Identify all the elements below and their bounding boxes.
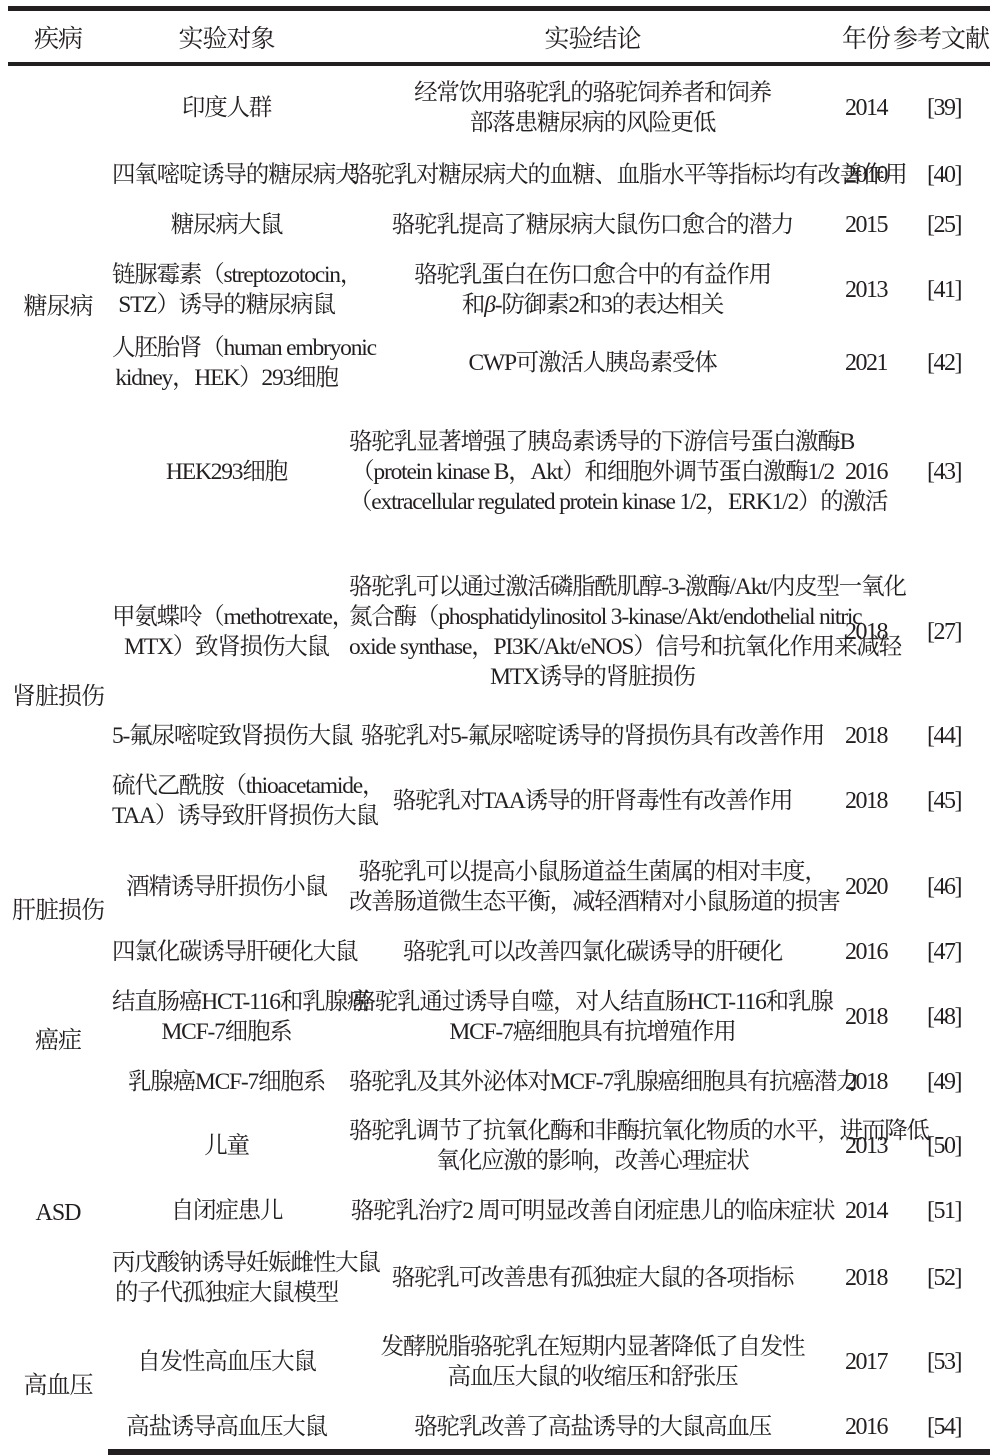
subject-cell: 甲氨蝶呤（methotrexate，MTX）致肾损伤大鼠	[108, 548, 345, 716]
subject-cell: 人胚胎肾（human embryonickidney，HEK）293细胞	[108, 330, 345, 396]
conclusion-cell: 骆驼乳及其外泌体对MCF-7乳腺癌细胞具有抗癌潜力	[345, 1058, 840, 1106]
subject-line: 四氯化碳诱导肝硬化大鼠	[112, 937, 341, 967]
conclusion-cell: 骆驼乳可以提高小鼠肠道益生菌属的相对丰度，改善肠道微生态平衡，减轻酒精对小鼠肠道…	[345, 846, 840, 928]
table-body: 糖尿病印度人群经常饮用骆驼乳的骆驼饲养者和饲养部落患糖尿病的风险更低2014[3…	[8, 64, 990, 1424]
year-cell: 2016	[840, 396, 892, 548]
subject-line: 自发性高血压大鼠	[112, 1347, 341, 1377]
conclusion-cell: 骆驼乳对TAA诱导的肝肾毒性有改善作用	[345, 756, 840, 846]
header-conclusion: 实验结论	[345, 9, 840, 65]
subject-line: 甲氨蝶呤（methotrexate，	[112, 602, 341, 632]
reference-cell: [52]	[892, 1236, 990, 1320]
reference-cell: [25]	[892, 200, 990, 250]
year-cell: 2016	[840, 1404, 892, 1424]
disease-cell: 糖尿病	[8, 64, 108, 548]
subject-cell: 糖尿病大鼠	[108, 200, 345, 250]
subject-line: TAA）诱导致肝肾损伤大鼠	[112, 801, 341, 831]
conclusion-line: 骆驼乳通过诱导自噬，对人结直肠HCT-116和乳腺	[349, 987, 836, 1017]
conclusion-cell: 骆驼乳治疗2 周可明显改善自闭症患儿的临床症状	[345, 1186, 840, 1236]
subject-line: MCF-7细胞系	[112, 1017, 341, 1047]
table-row: 乳腺癌MCF-7细胞系骆驼乳及其外泌体对MCF-7乳腺癌细胞具有抗癌潜力2018…	[8, 1058, 990, 1106]
conclusion-cell: 骆驼乳可以改善四氯化碳诱导的肝硬化	[345, 928, 840, 976]
conclusion-cell: 骆驼乳可改善患有孤独症大鼠的各项指标	[345, 1236, 840, 1320]
subject-cell: 结直肠癌HCT-116和乳腺癌MCF-7细胞系	[108, 976, 345, 1058]
header-disease: 疾病	[8, 9, 108, 65]
conclusion-line: 骆驼乳可改善患有孤独症大鼠的各项指标	[349, 1263, 836, 1293]
subject-cell: 酒精诱导肝损伤小鼠	[108, 846, 345, 928]
reference-cell: [45]	[892, 756, 990, 846]
conclusion-cell: 骆驼乳蛋白在伤口愈合中的有益作用和β-防御素2和3的表达相关	[345, 250, 840, 330]
year-cell: 2010	[840, 150, 892, 200]
year-cell: 2015	[840, 200, 892, 250]
subject-line: kidney，HEK）293细胞	[112, 363, 341, 393]
subject-line: 5-氟尿嘧啶致肾损伤大鼠	[112, 721, 341, 751]
subject-line: 印度人群	[112, 93, 341, 123]
reference-cell: [44]	[892, 716, 990, 756]
reference-cell: [53]	[892, 1320, 990, 1404]
year-cell: 2018	[840, 756, 892, 846]
subject-line: 酒精诱导肝损伤小鼠	[112, 872, 341, 902]
year-cell: 2017	[840, 1320, 892, 1404]
conclusion-line: 骆驼乳显著增强了胰岛素诱导的下游信号蛋白激酶B	[349, 427, 836, 457]
disease-cell: 癌症	[8, 976, 108, 1106]
table-row: 肾脏损伤甲氨蝶呤（methotrexate，MTX）致肾损伤大鼠骆驼乳可以通过激…	[8, 548, 990, 716]
subject-line: STZ）诱导的糖尿病鼠	[112, 290, 341, 320]
header-reference: 参考文献	[892, 9, 990, 65]
conclusion-cell: 骆驼乳对5-氟尿嘧啶诱导的肾损伤具有改善作用	[345, 716, 840, 756]
camel-milk-studies-table-container: 疾病 实验对象 实验结论 年份 参考文献 糖尿病印度人群经常饮用骆驼乳的骆驼饲养…	[8, 6, 990, 1424]
subject-cell: 四氧嘧啶诱导的糖尿病犬	[108, 150, 345, 200]
subject-cell: HEK293细胞	[108, 396, 345, 548]
subject-line: 的子代孤独症大鼠模型	[112, 1278, 341, 1308]
conclusion-line: 改善肠道微生态平衡，减轻酒精对小鼠肠道的损害	[349, 887, 836, 917]
camel-milk-studies-table: 疾病 实验对象 实验结论 年份 参考文献 糖尿病印度人群经常饮用骆驼乳的骆驼饲养…	[8, 6, 990, 1424]
subject-cell: 高盐诱导高血压大鼠	[108, 1404, 345, 1424]
conclusion-line: 骆驼乳调节了抗氧化酶和非酶抗氧化物质的水平，进而降低	[349, 1116, 836, 1146]
year-cell: 2020	[840, 846, 892, 928]
reference-cell: [43]	[892, 396, 990, 548]
table-row: 人胚胎肾（human embryonickidney，HEK）293细胞CWP可…	[8, 330, 990, 396]
conclusion-line: 氧化应激的影响，改善心理症状	[349, 1146, 836, 1176]
table-row: 5-氟尿嘧啶致肾损伤大鼠骆驼乳对5-氟尿嘧啶诱导的肾损伤具有改善作用2018[4…	[8, 716, 990, 756]
conclusion-line: 骆驼乳对5-氟尿嘧啶诱导的肾损伤具有改善作用	[349, 721, 836, 751]
reference-cell: [41]	[892, 250, 990, 330]
table-row: 癌症结直肠癌HCT-116和乳腺癌MCF-7细胞系骆驼乳通过诱导自噬，对人结直肠…	[8, 976, 990, 1058]
reference-cell: [39]	[892, 64, 990, 150]
reference-cell: [48]	[892, 976, 990, 1058]
subject-line: 四氧嘧啶诱导的糖尿病犬	[112, 160, 341, 190]
year-cell: 2016	[840, 928, 892, 976]
conclusion-cell: 骆驼乳通过诱导自噬，对人结直肠HCT-116和乳腺MCF-7癌细胞具有抗增殖作用	[345, 976, 840, 1058]
subject-line: MTX）致肾损伤大鼠	[112, 632, 341, 662]
conclusion-cell: 骆驼乳提高了糖尿病大鼠伤口愈合的潜力	[345, 200, 840, 250]
table-row: 糖尿病印度人群经常饮用骆驼乳的骆驼饲养者和饲养部落患糖尿病的风险更低2014[3…	[8, 64, 990, 150]
year-cell: 2018	[840, 1058, 892, 1106]
year-cell: 2018	[840, 976, 892, 1058]
table-row: 高血压自发性高血压大鼠发酵脱脂骆驼乳在短期内显著降低了自发性高血压大鼠的收缩压和…	[8, 1320, 990, 1404]
conclusion-line: 骆驼乳可以提高小鼠肠道益生菌属的相对丰度，	[349, 857, 836, 887]
reference-cell: [51]	[892, 1186, 990, 1236]
year-cell: 2013	[840, 250, 892, 330]
conclusion-line: 和β-防御素2和3的表达相关	[349, 290, 836, 320]
table-row: 肝脏损伤酒精诱导肝损伤小鼠骆驼乳可以提高小鼠肠道益生菌属的相对丰度，改善肠道微生…	[8, 846, 990, 928]
table-row: 自闭症患儿骆驼乳治疗2 周可明显改善自闭症患儿的临床症状2014[51]	[8, 1186, 990, 1236]
year-cell: 2014	[840, 64, 892, 150]
table-row: ASD儿童骆驼乳调节了抗氧化酶和非酶抗氧化物质的水平，进而降低氧化应激的影响，改…	[8, 1106, 990, 1186]
conclusion-line: 骆驼乳可以通过激活磷脂酰肌醇-3-激酶/Akt/内皮型一氧化	[349, 572, 836, 602]
conclusion-line: 骆驼乳对糖尿病犬的血糖、血脂水平等指标均有改善作用	[349, 160, 836, 190]
table-row: 链脲霉素（streptozotocin，STZ）诱导的糖尿病鼠骆驼乳蛋白在伤口愈…	[8, 250, 990, 330]
subject-cell: 丙戊酸钠诱导妊娠雌性大鼠的子代孤独症大鼠模型	[108, 1236, 345, 1320]
conclusion-line: 发酵脱脂骆驼乳在短期内显著降低了自发性	[349, 1332, 836, 1362]
subject-line: 乳腺癌MCF-7细胞系	[112, 1067, 341, 1097]
disease-cell: 肾脏损伤	[8, 548, 108, 846]
table-row: 丙戊酸钠诱导妊娠雌性大鼠的子代孤独症大鼠模型骆驼乳可改善患有孤独症大鼠的各项指标…	[8, 1236, 990, 1320]
year-cell: 2014	[840, 1186, 892, 1236]
year-cell: 2021	[840, 330, 892, 396]
conclusion-line: 部落患糖尿病的风险更低	[349, 108, 836, 138]
conclusion-line: 骆驼乳蛋白在伤口愈合中的有益作用	[349, 260, 836, 290]
conclusion-cell: 经常饮用骆驼乳的骆驼饲养者和饲养部落患糖尿病的风险更低	[345, 64, 840, 150]
header-row: 疾病 实验对象 实验结论 年份 参考文献	[8, 9, 990, 65]
conclusion-line: 骆驼乳可以改善四氯化碳诱导的肝硬化	[349, 937, 836, 967]
conclusion-line: 骆驼乳对TAA诱导的肝肾毒性有改善作用	[349, 786, 836, 816]
table-header: 疾病 实验对象 实验结论 年份 参考文献	[8, 9, 990, 65]
subject-cell: 5-氟尿嘧啶致肾损伤大鼠	[108, 716, 345, 756]
table-row: HEK293细胞骆驼乳显著增强了胰岛素诱导的下游信号蛋白激酶B（protein …	[8, 396, 990, 548]
subject-line: 结直肠癌HCT-116和乳腺癌	[112, 987, 341, 1017]
subject-cell: 硫代乙酰胺（thioacetamide，TAA）诱导致肝肾损伤大鼠	[108, 756, 345, 846]
conclusion-line: 骆驼乳治疗2 周可明显改善自闭症患儿的临床症状	[349, 1196, 836, 1226]
conclusion-line: MCF-7癌细胞具有抗增殖作用	[349, 1017, 836, 1047]
disease-cell: 肝脏损伤	[8, 846, 108, 976]
conclusion-line: CWP可激活人胰岛素受体	[349, 348, 836, 378]
subject-line: 链脲霉素（streptozotocin，	[112, 260, 341, 290]
subject-cell: 儿童	[108, 1106, 345, 1186]
conclusion-cell: 骆驼乳对糖尿病犬的血糖、血脂水平等指标均有改善作用	[345, 150, 840, 200]
subject-cell: 链脲霉素（streptozotocin，STZ）诱导的糖尿病鼠	[108, 250, 345, 330]
subject-line: 糖尿病大鼠	[112, 210, 341, 240]
disease-cell: 高血压	[8, 1320, 108, 1424]
year-cell: 2018	[840, 1236, 892, 1320]
conclusion-line: oxide synthase，PI3K/Akt/eNOS）信号和抗氧化作用来减轻	[349, 632, 836, 662]
subject-cell: 四氯化碳诱导肝硬化大鼠	[108, 928, 345, 976]
table-row: 四氧嘧啶诱导的糖尿病犬骆驼乳对糖尿病犬的血糖、血脂水平等指标均有改善作用2010…	[8, 150, 990, 200]
conclusion-line: （extracellular regulated protein kinase …	[349, 487, 836, 517]
disease-cell: ASD	[8, 1106, 108, 1320]
subject-line: 儿童	[112, 1131, 341, 1161]
conclusion-line: MTX诱导的肾脏损伤	[349, 662, 836, 692]
subject-line: 人胚胎肾（human embryonic	[112, 333, 341, 363]
reference-cell: [54]	[892, 1404, 990, 1424]
conclusion-cell: 骆驼乳显著增强了胰岛素诱导的下游信号蛋白激酶B（protein kinase B…	[345, 396, 840, 548]
header-year: 年份	[840, 9, 892, 65]
reference-cell: [42]	[892, 330, 990, 396]
reference-cell: [27]	[892, 548, 990, 716]
conclusion-line: 氮合酶（phosphatidylinositol 3-kinase/Akt/en…	[349, 602, 836, 632]
subject-line: 自闭症患儿	[112, 1196, 341, 1226]
reference-cell: [47]	[892, 928, 990, 976]
table-row: 高盐诱导高血压大鼠骆驼乳改善了高盐诱导的大鼠高血压2016[54]	[8, 1404, 990, 1424]
reference-cell: [46]	[892, 846, 990, 928]
conclusion-cell: 发酵脱脂骆驼乳在短期内显著降低了自发性高血压大鼠的收缩压和舒张压	[345, 1320, 840, 1404]
conclusion-cell: 骆驼乳可以通过激活磷脂酰肌醇-3-激酶/Akt/内皮型一氧化氮合酶（phosph…	[345, 548, 840, 716]
subject-cell: 乳腺癌MCF-7细胞系	[108, 1058, 345, 1106]
subject-cell: 自闭症患儿	[108, 1186, 345, 1236]
subject-cell: 印度人群	[108, 64, 345, 150]
beta-symbol: β	[484, 292, 495, 318]
table-row: 硫代乙酰胺（thioacetamide，TAA）诱导致肝肾损伤大鼠骆驼乳对TAA…	[8, 756, 990, 846]
table-row: 糖尿病大鼠骆驼乳提高了糖尿病大鼠伤口愈合的潜力2015[25]	[8, 200, 990, 250]
conclusion-line: 骆驼乳改善了高盐诱导的大鼠高血压	[349, 1412, 836, 1425]
reference-cell: [49]	[892, 1058, 990, 1106]
subject-line: 丙戊酸钠诱导妊娠雌性大鼠	[112, 1248, 341, 1278]
subject-line: 高盐诱导高血压大鼠	[112, 1412, 341, 1425]
conclusion-line: 骆驼乳提高了糖尿病大鼠伤口愈合的潜力	[349, 210, 836, 240]
subject-line: HEK293细胞	[112, 457, 341, 487]
conclusion-line: 骆驼乳及其外泌体对MCF-7乳腺癌细胞具有抗癌潜力	[349, 1067, 836, 1097]
conclusion-line: 经常饮用骆驼乳的骆驼饲养者和饲养	[349, 78, 836, 108]
conclusion-cell: 骆驼乳改善了高盐诱导的大鼠高血压	[345, 1404, 840, 1424]
conclusion-cell: 骆驼乳调节了抗氧化酶和非酶抗氧化物质的水平，进而降低氧化应激的影响，改善心理症状	[345, 1106, 840, 1186]
conclusion-line: （protein kinase B，Akt）和细胞外调节蛋白激酶1/2	[349, 457, 836, 487]
year-cell: 2018	[840, 716, 892, 756]
table-row: 四氯化碳诱导肝硬化大鼠骆驼乳可以改善四氯化碳诱导的肝硬化2016[47]	[8, 928, 990, 976]
subject-line: 硫代乙酰胺（thioacetamide，	[112, 771, 341, 801]
subject-cell: 自发性高血压大鼠	[108, 1320, 345, 1404]
header-subject: 实验对象	[108, 9, 345, 65]
conclusion-line: 高血压大鼠的收缩压和舒张压	[349, 1362, 836, 1392]
conclusion-cell: CWP可激活人胰岛素受体	[345, 330, 840, 396]
